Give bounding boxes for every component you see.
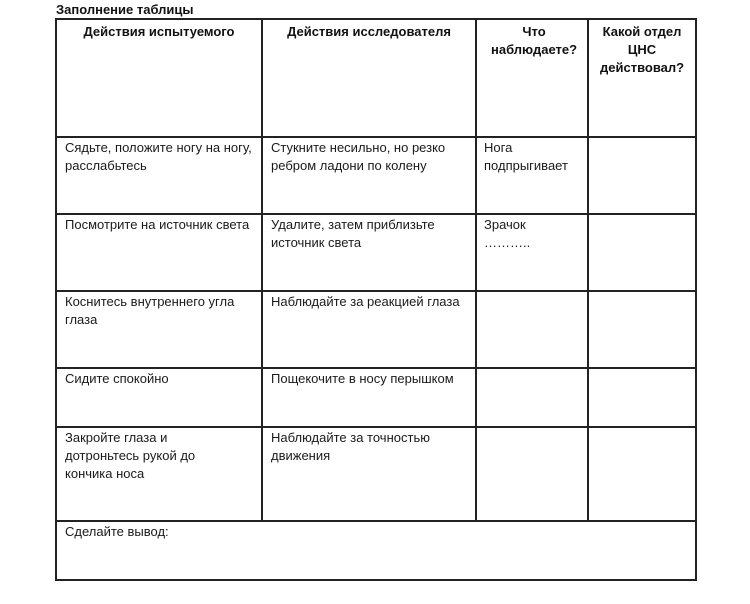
cell-text: Наблюдайте за реакцией глаза [263,292,475,311]
cell-observed[interactable]: Зрачок ……….. [476,214,588,291]
cell-text: Нога подпрыгивает [477,138,587,175]
cell-text: Удалите, затем приблизьте источник света [263,215,475,252]
header-cns-section: Какой отдел ЦНС действовал? [588,19,696,137]
cell-text: Наблюдайте за точностью движения [263,428,475,465]
cell-subject: Посмотрите на источник света [56,214,262,291]
cell-subject: Закройте глаза и дотроньтесь рукой до ко… [56,427,262,521]
table-row: Сидите спокойно Пощекочите в носу перышк… [56,368,696,427]
cell-cns[interactable] [588,427,696,521]
cell-text [477,292,587,293]
conclusion-label: Сделайте вывод: [57,522,695,541]
table-header-row: Действия испытуемого Действия исследоват… [56,19,696,137]
header-researcher-actions: Действия исследователя [262,19,476,137]
table-row: Посмотрите на источник света Удалите, за… [56,214,696,291]
document-title: Заполнение таблицы [56,2,194,17]
conclusion-row: Сделайте вывод: [56,521,696,580]
cell-text: Закройте глаза и дотроньтесь рукой до ко… [57,428,261,483]
observation-table: Действия испытуемого Действия исследоват… [55,18,697,581]
cell-text [589,292,695,293]
header-label: Действия испытуемого [57,22,261,41]
cell-cns[interactable] [588,368,696,427]
cell-observed[interactable]: Нога подпрыгивает [476,137,588,214]
table-row: Сядьте, положите ногу на ногу, расслабьт… [56,137,696,214]
cell-observed[interactable] [476,368,588,427]
header-subject-actions: Действия испытуемого [56,19,262,137]
cell-researcher: Наблюдайте за точностью движения [262,427,476,521]
cell-subject: Сядьте, положите ногу на ногу, расслабьт… [56,137,262,214]
cell-text: Коснитесь внутреннего угла глаза [57,292,261,329]
header-label: Какой отдел ЦНС действовал? [589,22,695,77]
cell-cns[interactable] [588,291,696,368]
cell-cns[interactable] [588,214,696,291]
cell-text: Сядьте, положите ногу на ногу, расслабьт… [57,138,261,175]
cell-researcher: Наблюдайте за реакцией глаза [262,291,476,368]
cell-text [589,369,695,370]
cell-researcher: Стукните несильно, но резко ребром ладон… [262,137,476,214]
cell-observed[interactable] [476,291,588,368]
cell-researcher: Удалите, затем приблизьте источник света [262,214,476,291]
cell-text: Пощекочите в носу перышком [263,369,475,388]
cell-observed[interactable] [476,427,588,521]
cell-cns[interactable] [588,137,696,214]
cell-text [589,215,695,216]
cell-subject: Сидите спокойно [56,368,262,427]
table-row: Закройте глаза и дотроньтесь рукой до ко… [56,427,696,521]
cell-text [477,369,587,370]
cell-text [477,428,587,429]
header-label: Что наблюдаете? [477,22,587,59]
cell-text [589,428,695,429]
table-row: Коснитесь внутреннего угла глаза Наблюда… [56,291,696,368]
cell-text: Стукните несильно, но резко ребром ладон… [263,138,475,175]
header-observed: Что наблюдаете? [476,19,588,137]
cell-text: Зрачок ……….. [477,215,587,252]
cell-text: Сидите спокойно [57,369,261,388]
cell-subject: Коснитесь внутреннего угла глаза [56,291,262,368]
cell-researcher: Пощекочите в носу перышком [262,368,476,427]
conclusion-cell[interactable]: Сделайте вывод: [56,521,696,580]
cell-text: Посмотрите на источник света [57,215,261,234]
cell-text [589,138,695,139]
header-label: Действия исследователя [263,22,475,41]
